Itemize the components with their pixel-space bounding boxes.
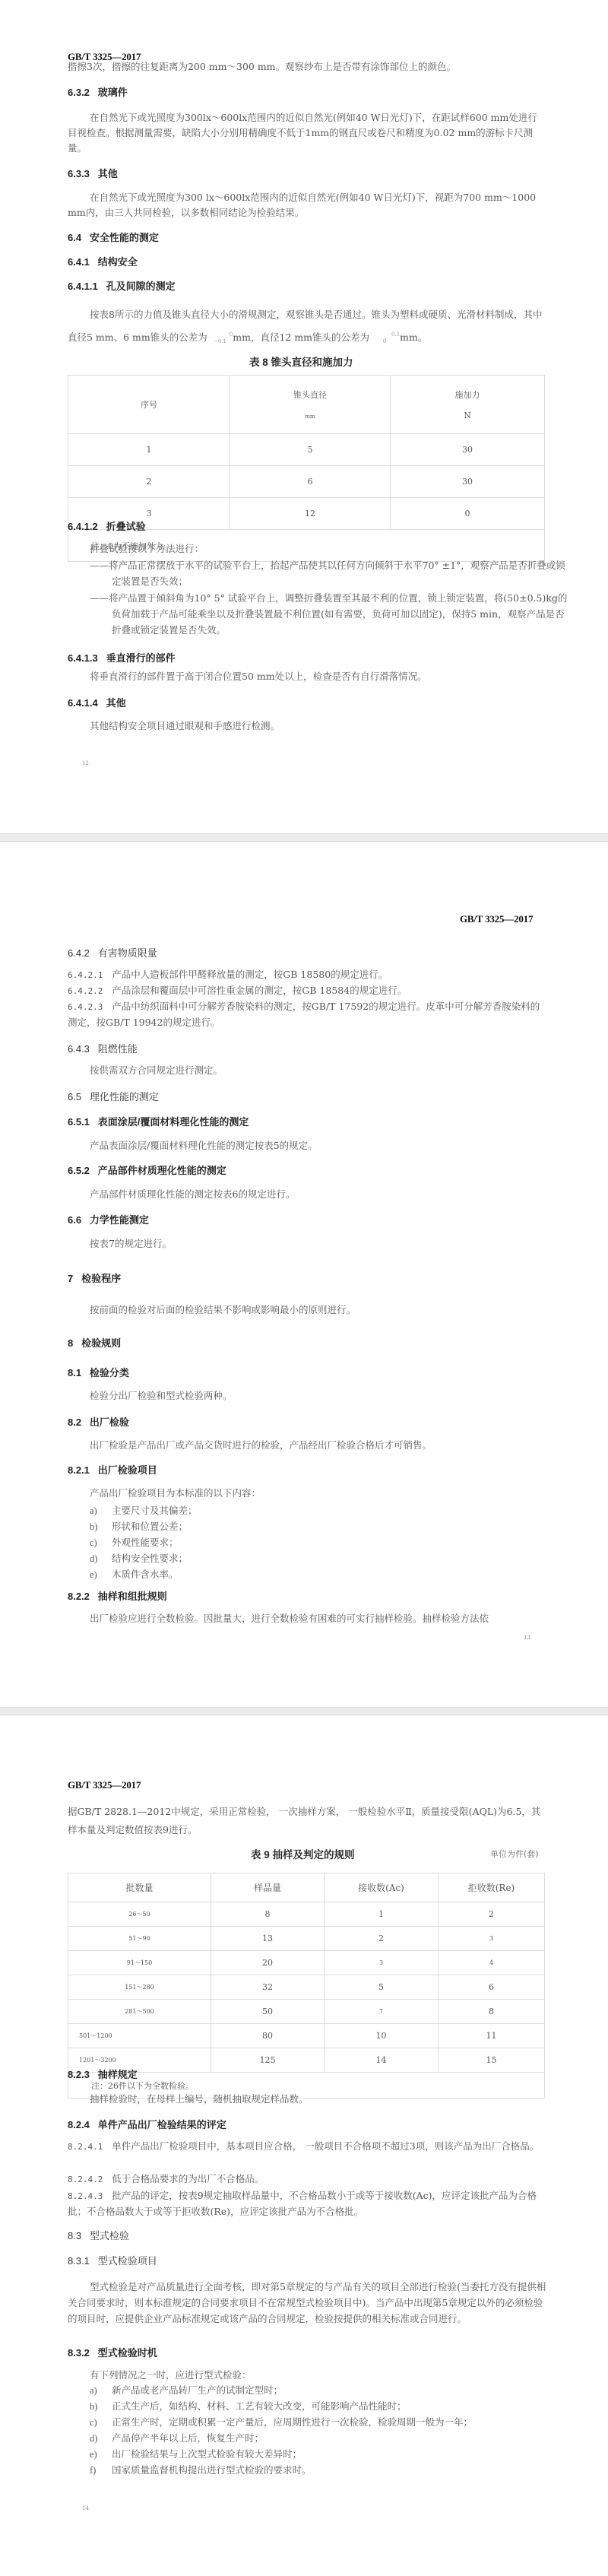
table-row: 91～1502034 xyxy=(68,1951,545,1975)
section-heading: 6.4 安全性能的测定 xyxy=(68,230,159,244)
section-heading: 8.2.4 单件产品出厂检验结果的评定 xyxy=(68,2117,226,2131)
paragraph: 型式检验是对产品质量进行全面考核，即对第5章规定的与产品有关的项目全部进行检验(… xyxy=(68,2279,546,2327)
page-number: 12 xyxy=(82,760,89,766)
section-heading: 6.5.1 表面涂层/覆面材料理化性能的测定 xyxy=(68,1114,249,1128)
section-heading: 6.4.2 有害物质限量 xyxy=(68,945,157,960)
paragraph: 抽样检验时，在母样上编号，随机抽取规定样品数。 xyxy=(68,2092,546,2107)
page-13: GB/T 3325—2017 6.4.2 有害物质限量 6.4.2.1 产品中人… xyxy=(0,842,608,1707)
clause: 6.4.2.1 产品中人造板部件甲醛释放量的测定，按GB 18580的规定进行。 xyxy=(68,967,546,983)
table-header: 序号 xyxy=(68,376,230,434)
table-row: 501～1200801011 xyxy=(68,2024,545,2048)
section-heading: 8 检验规则 xyxy=(68,1335,121,1350)
table-header: 拒收数(Re) xyxy=(439,1873,545,1902)
list-item: c)正常生产时，定期或积累一定产量后，应周期性进行一次检验，检验周期一般为一年； xyxy=(90,2415,473,2428)
section-heading: 8.2 出厂检验 xyxy=(68,1414,129,1429)
table-8-title: 表 8 锥头直径和施加力 xyxy=(249,354,353,369)
tolerance-fraction: 0−0.1 xyxy=(207,332,233,345)
section-heading: 8.1 检验分类 xyxy=(68,1365,129,1379)
paragraph: 在自然光下或光照度为300 lx～600lx范围内的近似自然光(例如40 W日光… xyxy=(68,190,546,220)
page-14: GB/T 3325—2017 据GB/T 2828.1—2012中规定，采用正常… xyxy=(0,1715,608,2576)
tolerance-fraction: 0.10 xyxy=(369,332,400,345)
paragraph: 在自然光下或光照度为300lx～600lx范围内的近似自然光(例如40 W日光灯… xyxy=(68,110,546,156)
section-heading: 8.3.1 型式检验项目 xyxy=(68,2253,157,2267)
table-row: 1201～32001251415 xyxy=(68,2048,545,2073)
paragraph: 其他结构安全项目通过眼观和手感进行检测。 xyxy=(68,719,546,734)
table-row: 281～5005078 xyxy=(68,2000,545,2024)
page-number: 14 xyxy=(82,2505,89,2511)
table-row: 1 5 30 xyxy=(68,434,545,466)
table-row: 51～901323 xyxy=(68,1927,545,1951)
section-heading: 8.2.3 抽样规定 xyxy=(68,2067,138,2081)
section-heading: 8.3 型式检验 xyxy=(68,2228,129,2242)
doc-code-header: GB/T 3325—2017 xyxy=(460,913,533,925)
section-heading: 6.6 力学性能测定 xyxy=(68,1212,149,1226)
table-header: 锥头直径mm xyxy=(230,376,391,434)
section-heading: 6.5 理化性能的测定 xyxy=(68,1089,159,1103)
continuation-text: 揩擦3次，揩擦的往复距离为200 mm～300 mm。观察纱布上是否带有涂饰部位… xyxy=(68,59,546,75)
clause: 8.2.4.2 低于合格品要求的为出厂不合格品。 xyxy=(68,2172,546,2187)
dash-list-item: ——将产品正常摆放于水平的试验平台上，抬起产品使其以任何方向倾斜于水平70° ±… xyxy=(90,557,568,589)
section-heading: 6.5.2 产品部件材质理化性能的测定 xyxy=(68,1163,226,1177)
clause: 8.2.4.3 批产品的评定，按表9规定抽取样品量中，不合格品数小于或等于接收数… xyxy=(68,2188,546,2219)
table-header: 施加力N xyxy=(391,376,545,434)
paragraph: 出厂检验应进行全数检验。因批量大，进行全数检验有困难的可实行抽样检验。抽样检验方… xyxy=(68,1611,546,1626)
list-item: d)结构安全性要求； xyxy=(90,1551,188,1565)
table-unit: 单位为件(套) xyxy=(490,1848,539,1860)
paragraph: 折叠试验按以下方法进行： xyxy=(90,541,546,557)
section-heading: 8.3.2 型式检验时机 xyxy=(68,2345,157,2359)
section-heading: 6.3.2 玻璃件 xyxy=(68,84,128,99)
dash-list-item: ——将产品置于倾斜角为10° 5° 试验平台上，调整折叠装置至其最不利的位置，锁… xyxy=(90,590,568,638)
paragraph: 产品表面涂层/覆面材料理化性能的测定按表5的规定。 xyxy=(68,1138,546,1153)
table-9-title: 表 9 抽样及判定的规则 xyxy=(251,1846,355,1861)
list-item: d)产品停产半年以上后，恢复生产时； xyxy=(90,2431,264,2444)
list-item: a)新产品或老产品转厂生产的试制定型时； xyxy=(90,2383,283,2397)
section-heading: 6.4.1.1 孔及间隙的测定 xyxy=(68,278,176,293)
clause: 8.2.4.1 单件产品出厂检验项目中，基本项目应合格， 一般项目不合格项不超过… xyxy=(68,2139,546,2155)
page-number: 13 xyxy=(524,1635,530,1641)
section-heading: 6.4.1.4 其他 xyxy=(68,695,126,709)
clause: 6.4.2.3 产品中纺织面料中可分解芳香胺染料的测定，按GB/T 17592的… xyxy=(68,999,546,1030)
paragraph: 按前面的检验对后面的检验结果不影响或影响最小的原则进行。 xyxy=(68,1302,546,1318)
table-8: 序号 锥头直径mm 施加力N 1 5 30 2 6 30 3 12 0 注：0为… xyxy=(68,375,545,562)
paragraph: 有下列情况之一时，应进行型式检验： xyxy=(68,2368,546,2383)
list-item: a)主要尺寸及其偏差； xyxy=(90,1503,198,1517)
section-heading: 6.3.3 其他 xyxy=(68,166,118,180)
list-item: c)外观性能要求； xyxy=(90,1535,179,1549)
doc-code-header: GB/T 3325—2017 xyxy=(68,1779,141,1791)
paragraph: 按供需双方合同规定进行测定。 xyxy=(68,1063,546,1078)
table-header: 样品量 xyxy=(211,1873,325,1902)
section-heading: 6.4.1.2 折叠试验 xyxy=(68,519,146,533)
paragraph: 按表8所示的力值及锥头直径大小的滑规测定，观察锥头是否通过。锥头为塑料或硬质、光… xyxy=(68,303,546,349)
section-heading: 8.2.2 抽样和组批规则 xyxy=(68,1588,167,1603)
table-row: 151～2803256 xyxy=(68,1975,545,2000)
table-header: 批数量 xyxy=(68,1873,211,1902)
list-item: b)形状和位置公差； xyxy=(90,1519,188,1533)
paragraph: 将垂直滑行的部件置于高于闭合位置50 mm处以上，检查是否有自行滑落情况。 xyxy=(68,669,546,684)
paragraph: 产品出厂检验项目为本标准的以下内容： xyxy=(68,1486,546,1501)
table-header: 接收数(Ac) xyxy=(325,1873,439,1902)
section-heading: 8.2.1 出厂检验项目 xyxy=(68,1462,157,1477)
section-heading: 7 检验程序 xyxy=(68,1271,121,1285)
section-heading: 6.4.1.3 垂直滑行的部件 xyxy=(68,650,176,665)
page-12: GB/T 3325—2017 揩擦3次，揩擦的往复距离为200 mm～300 m… xyxy=(0,0,608,833)
paragraph: 出厂检验是产品出厂或产品交货时进行的检验，产品经出厂检验合格后才可销售。 xyxy=(68,1438,546,1453)
paragraph: 按表7的规定进行。 xyxy=(68,1236,546,1252)
list-item: e)木质件含水率。 xyxy=(90,1567,179,1581)
continuation-text: 据GB/T 2828.1—2012中规定，采用正常检验， 一次抽样方案， 一般检… xyxy=(68,1803,546,1839)
section-heading: 6.4.3 阻燃性能 xyxy=(68,1041,138,1055)
paragraph: 产品部件材质理化性能的测定按表6的规定进行。 xyxy=(68,1187,546,1202)
clause: 6.4.2.2 产品涂层和覆面层中可溶性重金属的测定，按GB 18584的规定进… xyxy=(68,983,546,999)
paragraph: 检验分出厂检验和型式检验两种。 xyxy=(68,1388,546,1404)
table-9: 批数量 样品量 接收数(Ac) 拒收数(Re) 26～50812 51～9013… xyxy=(68,1873,545,2099)
page-separator xyxy=(0,833,608,842)
list-item: f)国家质量监督机构提出进行型式检验的要求时。 xyxy=(90,2463,312,2476)
table-row: 2 6 30 xyxy=(68,466,545,498)
table-row: 26～50812 xyxy=(68,1902,545,1927)
list-item: e)出厂检验结果与上次型式检验有较大差异时； xyxy=(90,2447,302,2460)
list-item: b)正式生产后，如结构、材料、工艺有较大改变，可能影响产品性能时； xyxy=(90,2399,407,2413)
page-separator xyxy=(0,1707,608,1715)
section-heading: 6.4.1 结构安全 xyxy=(68,254,138,268)
